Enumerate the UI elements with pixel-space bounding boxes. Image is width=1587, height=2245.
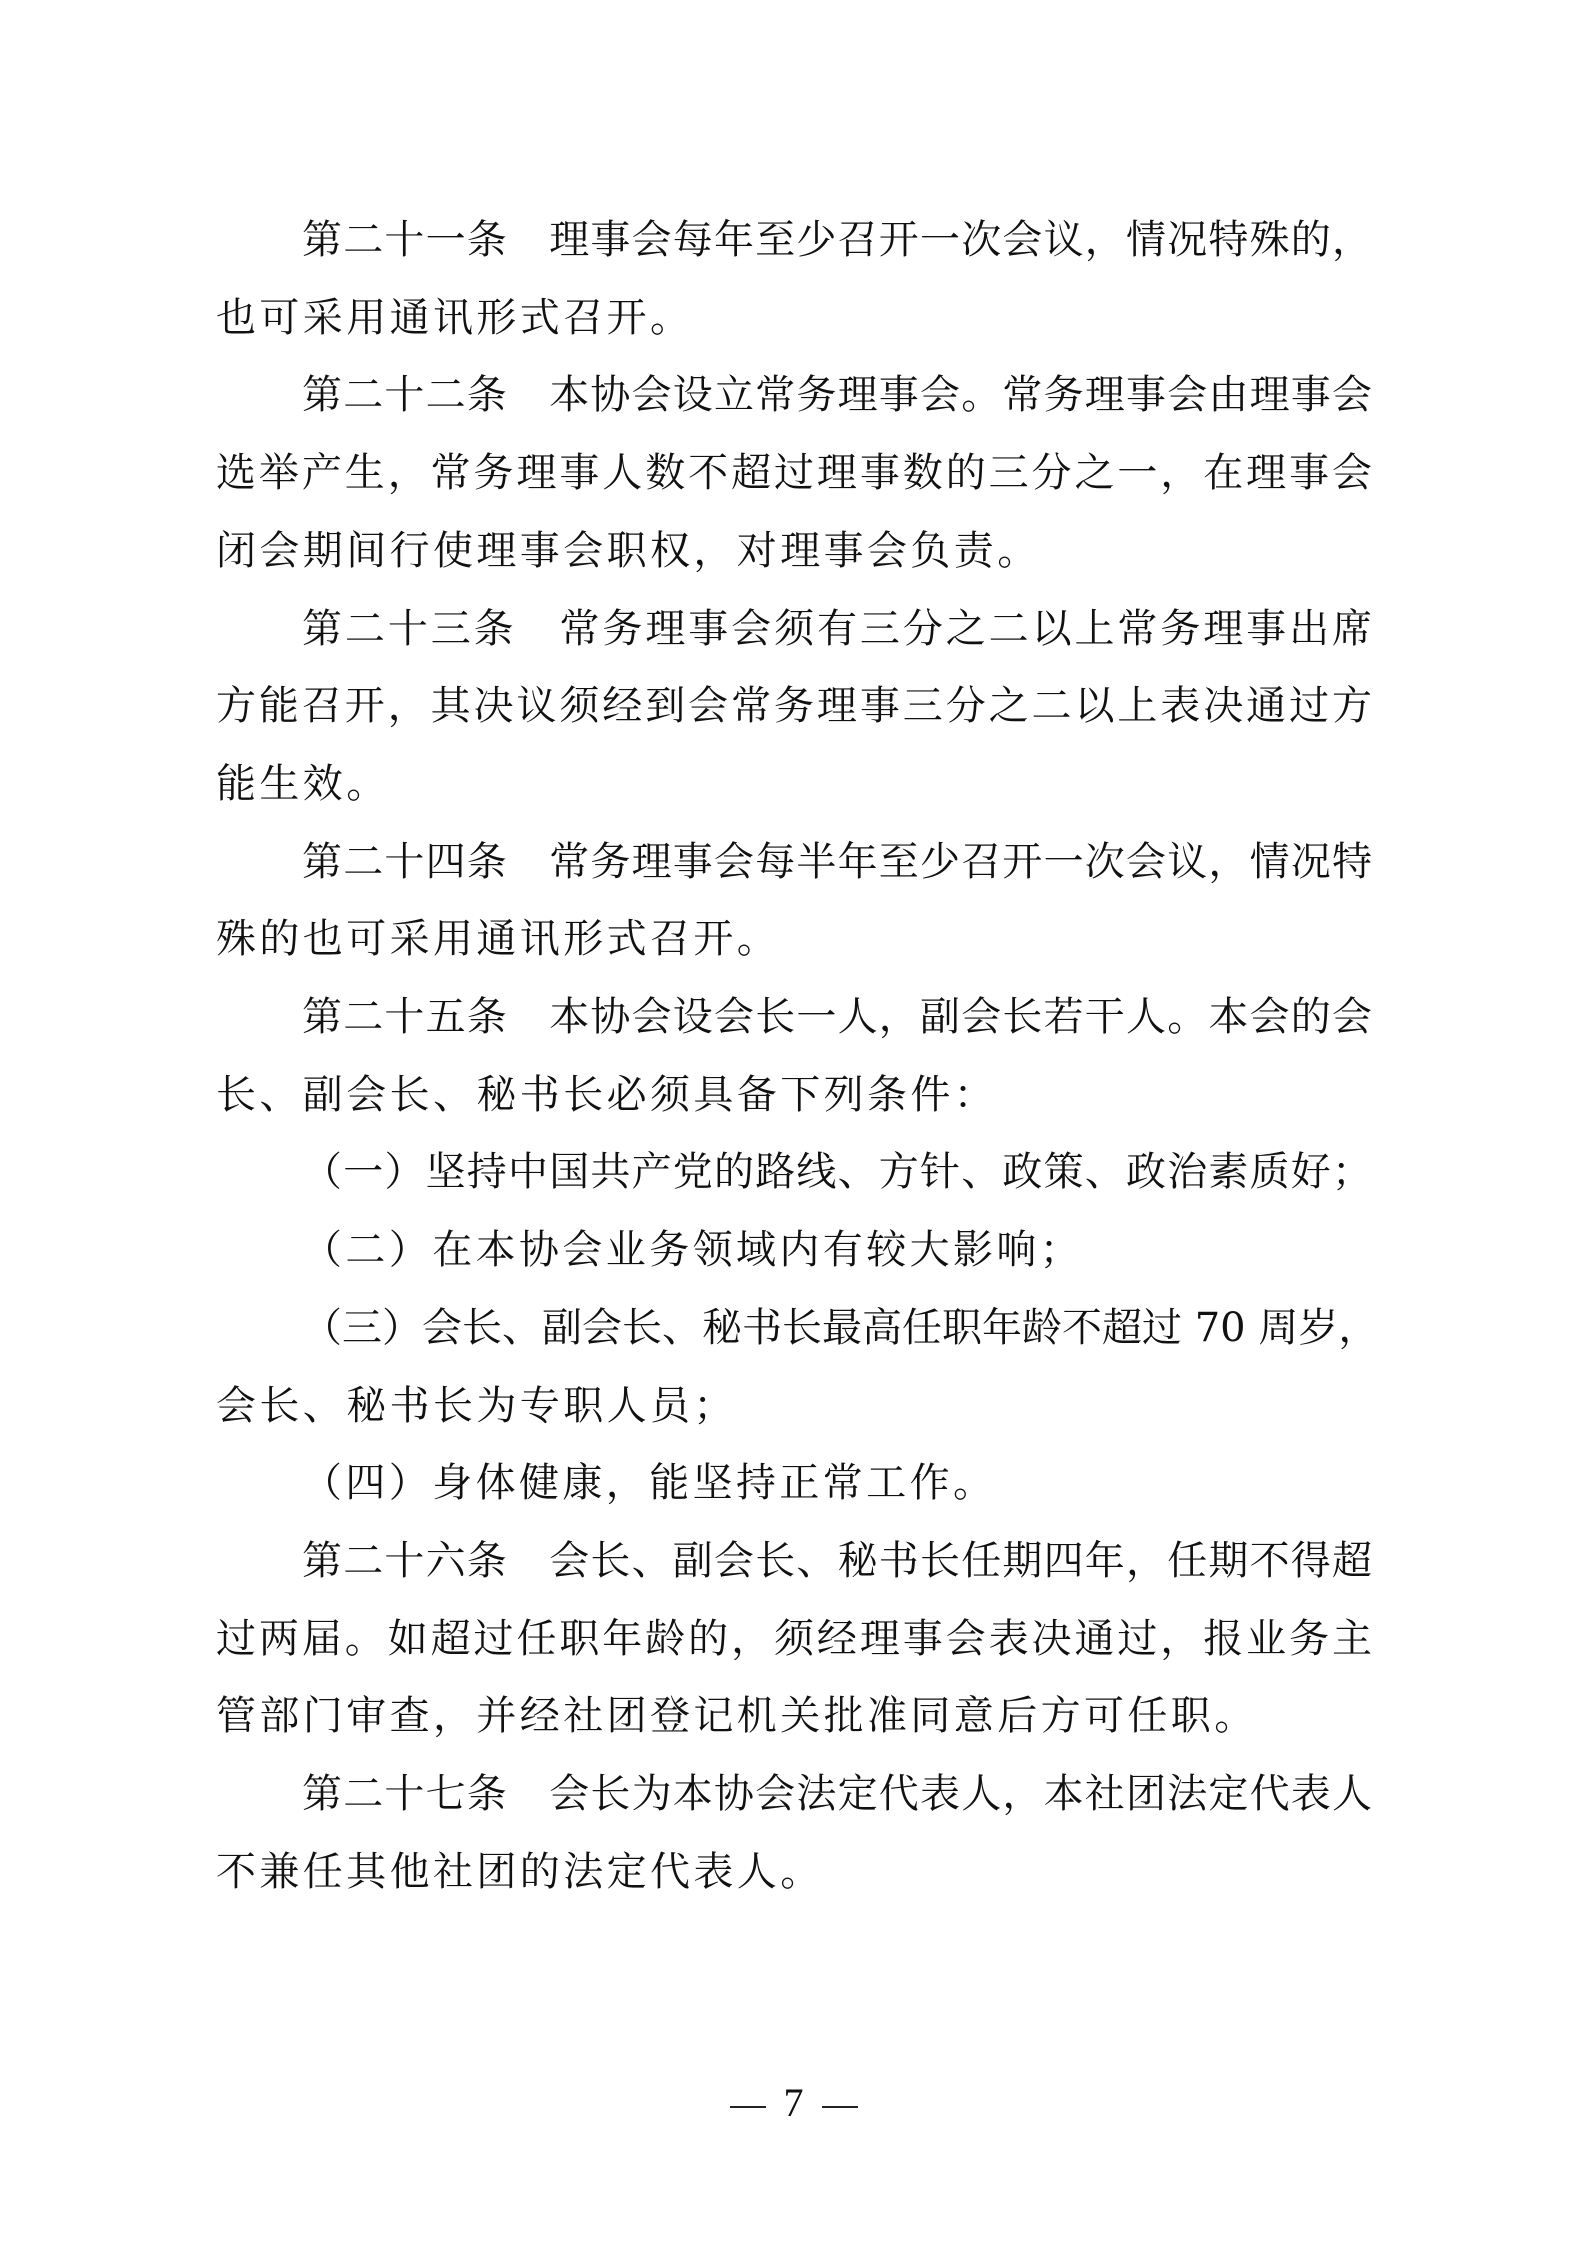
text-line: 能生效。 (216, 754, 1372, 814)
text-line: 管部门审查，并经社团登记机关批准同意后方可任职。 (216, 1686, 1372, 1746)
text-line: 也可采用通讯形式召开。 (216, 288, 1372, 348)
text-line: 第二十六条 会长、副会长、秘书长任期四年，任期不得超 (302, 1531, 1372, 1591)
text-line: 第二十七条 会长为本协会法定代表人，本社团法定代表人 (302, 1764, 1372, 1824)
text-line: 第二十四条 常务理事会每半年至少召开一次会议，情况特 (302, 832, 1372, 892)
text-line: （三）会长、副会长、秘书长最高任职年龄不超过 70 周岁， (302, 1298, 1372, 1358)
text-line: 长、副会长、秘书长必须具备下列条件： (216, 1065, 1372, 1125)
dash-right (822, 2106, 858, 2108)
page-number-footer: 7 (0, 2078, 1587, 2128)
text-line: 不兼任其他社团的法定代表人。 (216, 1842, 1372, 1902)
text-line: 闭会期间行使理事会职权，对理事会负责。 (216, 521, 1372, 581)
text-line: （四）身体健康，能坚持正常工作。 (302, 1453, 1372, 1513)
text-line: 方能召开，其决议须经到会常务理事三分之二以上表决通过方 (216, 676, 1372, 736)
text-line: 选举产生，常务理事人数不超过理事数的三分之一，在理事会 (216, 443, 1372, 503)
text-line: （二）在本协会业务领域内有较大影响； (302, 1220, 1372, 1280)
page-number: 7 (784, 2080, 804, 2125)
document-page: 第二十一条 理事会每年至少召开一次会议，情况特殊的，也可采用通讯形式召开。第二十… (0, 0, 1587, 2245)
text-line: 第二十一条 理事会每年至少召开一次会议，情况特殊的， (302, 210, 1372, 270)
dash-left (730, 2106, 766, 2108)
text-line: 会长、秘书长为专职人员； (216, 1376, 1372, 1436)
text-line: 殊的也可采用通讯形式召开。 (216, 909, 1372, 969)
text-line: 第二十五条 本协会设会长一人，副会长若干人。本会的会 (302, 987, 1372, 1047)
text-line: 过两届。如超过任职年龄的，须经理事会表决通过，报业务主 (216, 1609, 1372, 1669)
text-line: 第二十二条 本协会设立常务理事会。常务理事会由理事会 (302, 365, 1372, 425)
text-line: （一）坚持中国共产党的路线、方针、政策、政治素质好； (302, 1142, 1372, 1202)
text-line: 第二十三条 常务理事会须有三分之二以上常务理事出席 (302, 599, 1372, 659)
